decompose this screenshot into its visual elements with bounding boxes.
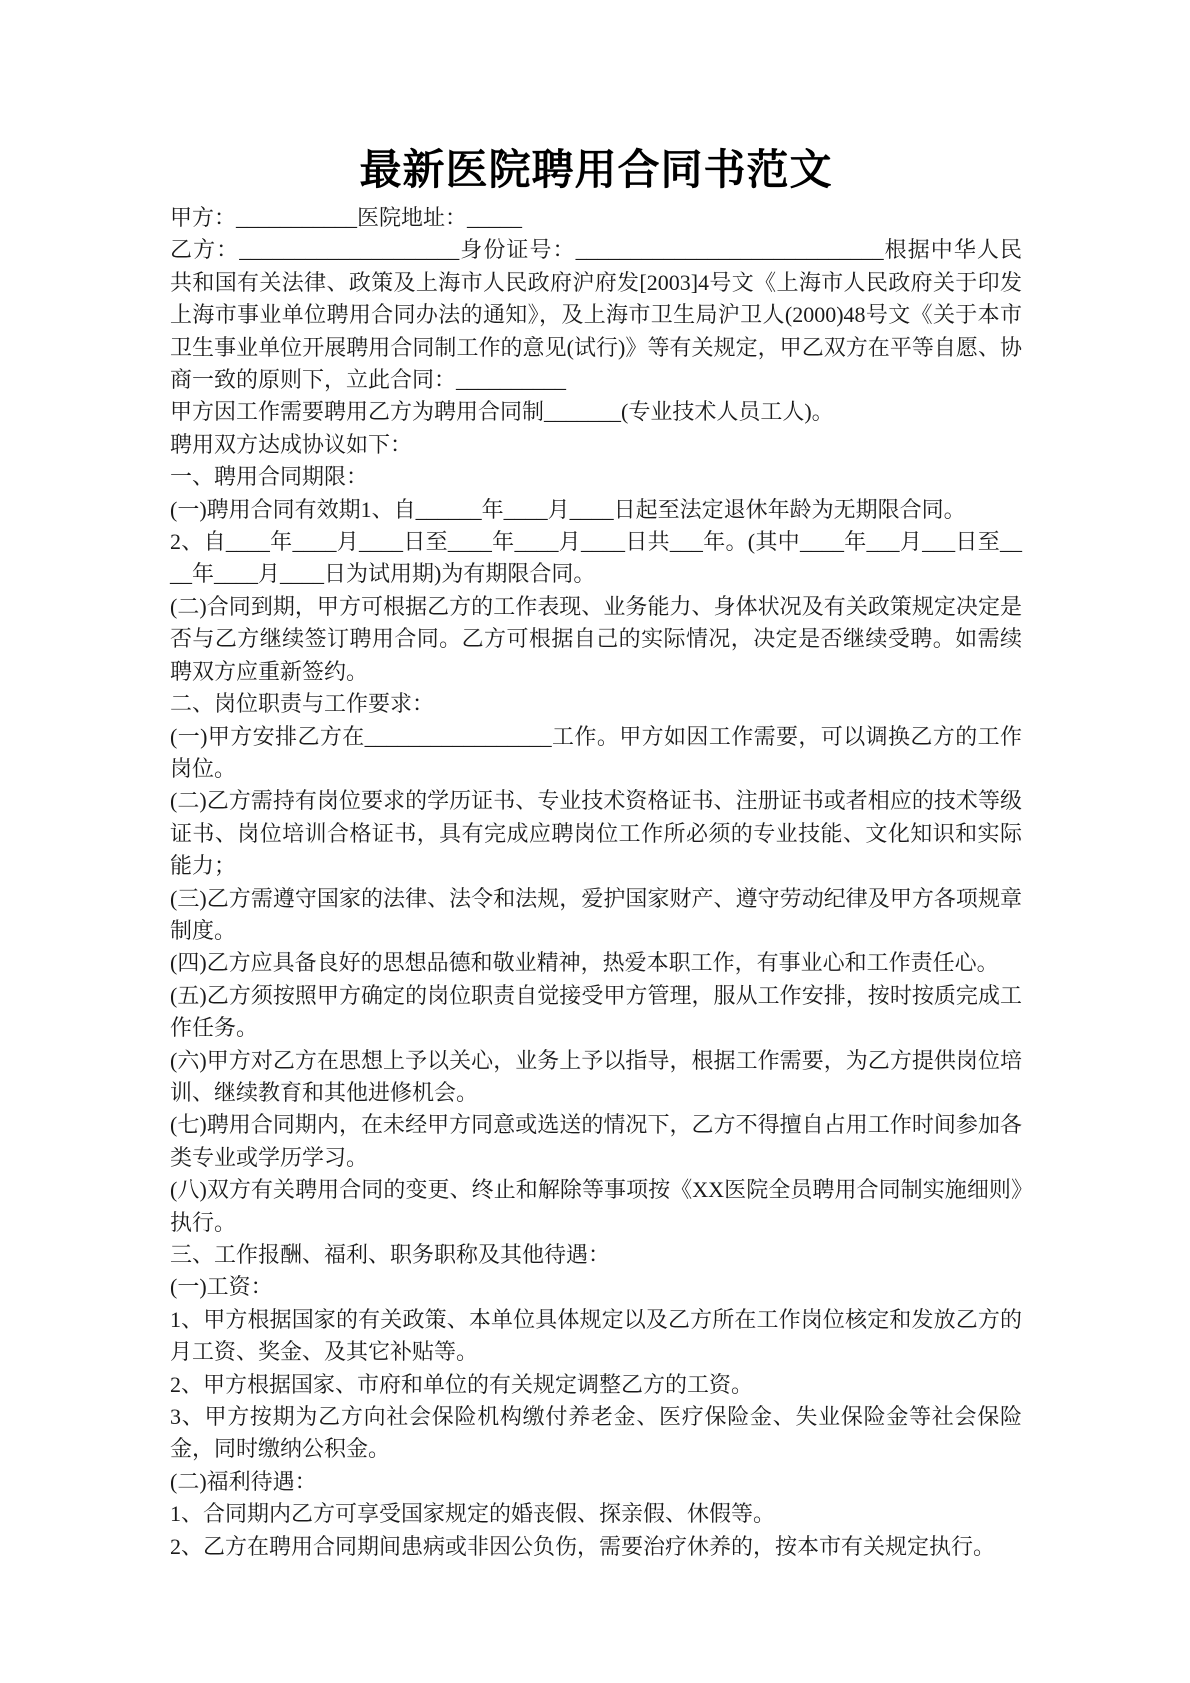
paragraph-party-a: 甲方：___________医院地址：_____	[170, 202, 1022, 234]
paragraph-3-welfare-2: 2、乙方在聘用合同期间患病或非因公负伤，需要治疗休养的，按本市有关规定执行。	[170, 1531, 1022, 1563]
paragraph-2-8: (八)双方有关聘用合同的变更、终止和解除等事项按《XX医院全员聘用合同制实施细则…	[170, 1174, 1022, 1239]
paragraph-2-3: (三)乙方需遵守国家的法律、法令和法规，爱护国家财产、遵守劳动纪律及甲方各项规章…	[170, 883, 1022, 948]
paragraph-2-4: (四)乙方应具备良好的思想品德和敬业精神，热爱本职工作，有事业心和工作责任心。	[170, 947, 1022, 979]
paragraph-2-2: (二)乙方需持有岗位要求的学历证书、专业技术资格证书、注册证书或者相应的技术等级…	[170, 785, 1022, 882]
paragraph-party-b-basis: 乙方：____________________身份证号：____________…	[170, 234, 1022, 396]
paragraph-2-6: (六)甲方对乙方在思想上予以关心，业务上予以指导，根据工作需要，为乙方提供岗位培…	[170, 1045, 1022, 1110]
paragraph-2-1: (一)甲方安排乙方在_________________工作。甲方如因工作需要，可…	[170, 721, 1022, 786]
paragraph-1-1: (一)聘用合同有效期1、自______年____月____日起至法定退休年龄为无…	[170, 494, 1022, 526]
paragraph-3-welfare-1: 1、合同期内乙方可享受国家规定的婚丧假、探亲假、休假等。	[170, 1498, 1022, 1530]
section-1-heading: 一、聘用合同期限：	[170, 461, 1022, 493]
paragraph-hire-type: 甲方因工作需要聘用乙方为聘用合同制_______(专业技术人员工人)。	[170, 396, 1022, 428]
paragraph-2-7: (七)聘用合同期内，在未经甲方同意或选送的情况下，乙方不得擅自占用工作时间参加各…	[170, 1109, 1022, 1174]
paragraph-3-salary-heading: (一)工资：	[170, 1271, 1022, 1303]
paragraph-3-salary-2: 2、甲方根据国家、市府和单位的有关规定调整乙方的工资。	[170, 1369, 1022, 1401]
paragraph-1-2: 2、自____年____月____日至____年____月____日共___年。…	[170, 526, 1022, 591]
page-background: { "document": { "title": "最新医院聘用合同书范文", …	[0, 0, 1190, 1683]
paragraph-3-salary-3: 3、甲方按期为乙方向社会保险机构缴付养老金、医疗保险金、失业保险金等社会保险金，…	[170, 1401, 1022, 1466]
paragraph-2-5: (五)乙方须按照甲方确定的岗位职责自觉接受甲方管理，服从工作安排，按时按质完成工…	[170, 980, 1022, 1045]
section-2-heading: 二、岗位职责与工作要求：	[170, 688, 1022, 720]
paragraph-3-welfare-heading: (二)福利待遇：	[170, 1466, 1022, 1498]
contract-document: 最新医院聘用合同书范文 甲方：___________医院地址：_____ 乙方：…	[170, 146, 1022, 1563]
document-title: 最新医院聘用合同书范文	[170, 146, 1022, 196]
paragraph-3-salary-1: 1、甲方根据国家的有关政策、本单位具体规定以及乙方所在工作岗位核定和发放乙方的月…	[170, 1304, 1022, 1369]
section-3-heading: 三、工作报酬、福利、职务职称及其他待遇：	[170, 1239, 1022, 1271]
paragraph-agreement-intro: 聘用双方达成协议如下：	[170, 429, 1022, 461]
paragraph-1-3: (二)合同到期，甲方可根据乙方的工作表现、业务能力、身体状况及有关政策规定决定是…	[170, 591, 1022, 688]
document-body: 甲方：___________医院地址：_____ 乙方：____________…	[170, 202, 1022, 1563]
